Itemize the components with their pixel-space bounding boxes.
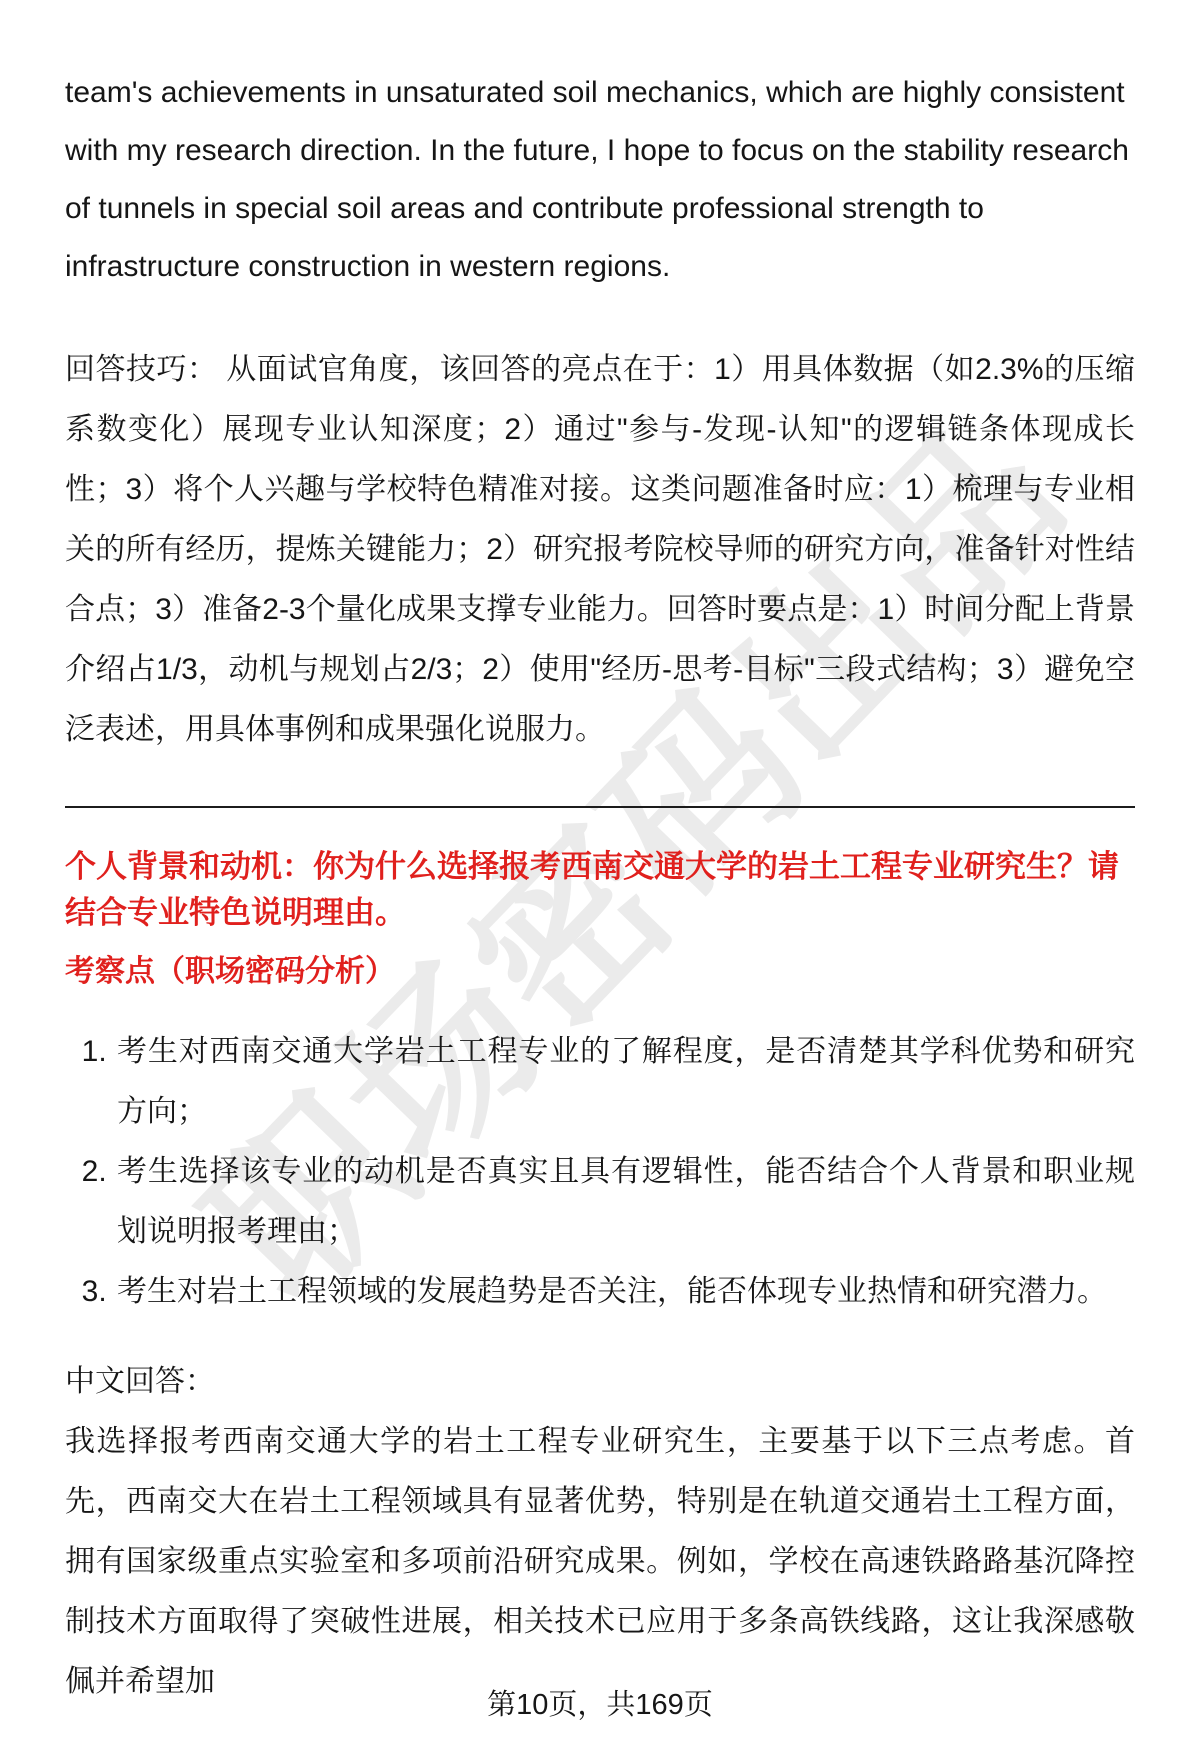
page-content: team's achievements in unsaturated soil … xyxy=(0,0,1200,1712)
chinese-answer-paragraph: 我选择报考西南交通大学的岩土工程专业研究生，主要基于以下三点考虑。首先，西南交大… xyxy=(65,1412,1135,1712)
analysis-points-list: 考生对西南交通大学岩土工程专业的了解程度，是否清楚其学科优势和研究方向； 考生选… xyxy=(65,1022,1135,1322)
analysis-point-item: 考生对西南交通大学岩土工程专业的了解程度，是否清楚其学科优势和研究方向； xyxy=(115,1022,1135,1142)
page-number-footer: 第10页，共169页 xyxy=(0,1682,1200,1723)
section-divider xyxy=(65,806,1135,808)
chinese-answer-label: 中文回答： xyxy=(65,1352,1135,1412)
question-heading: 个人背景和动机：你为什么选择报考西南交通大学的岩土工程专业研究生？请结合专业特色… xyxy=(65,844,1135,936)
analysis-points-heading: 考察点（职场密码分析） xyxy=(65,952,1135,992)
document-page: 职场密码出品 team's achievements in unsaturate… xyxy=(0,0,1200,1755)
analysis-point-item: 考生对岩土工程领域的发展趋势是否关注，能否体现专业热情和研究潜力。 xyxy=(115,1262,1135,1322)
analysis-point-item: 考生选择该专业的动机是否真实且具有逻辑性，能否结合个人背景和职业规划说明报考理由… xyxy=(115,1142,1135,1262)
english-answer-paragraph: team's achievements in unsaturated soil … xyxy=(65,64,1135,296)
answer-tips-paragraph: 回答技巧： 从面试官角度，该回答的亮点在于：1）用具体数据（如2.3%的压缩系数… xyxy=(65,340,1135,760)
